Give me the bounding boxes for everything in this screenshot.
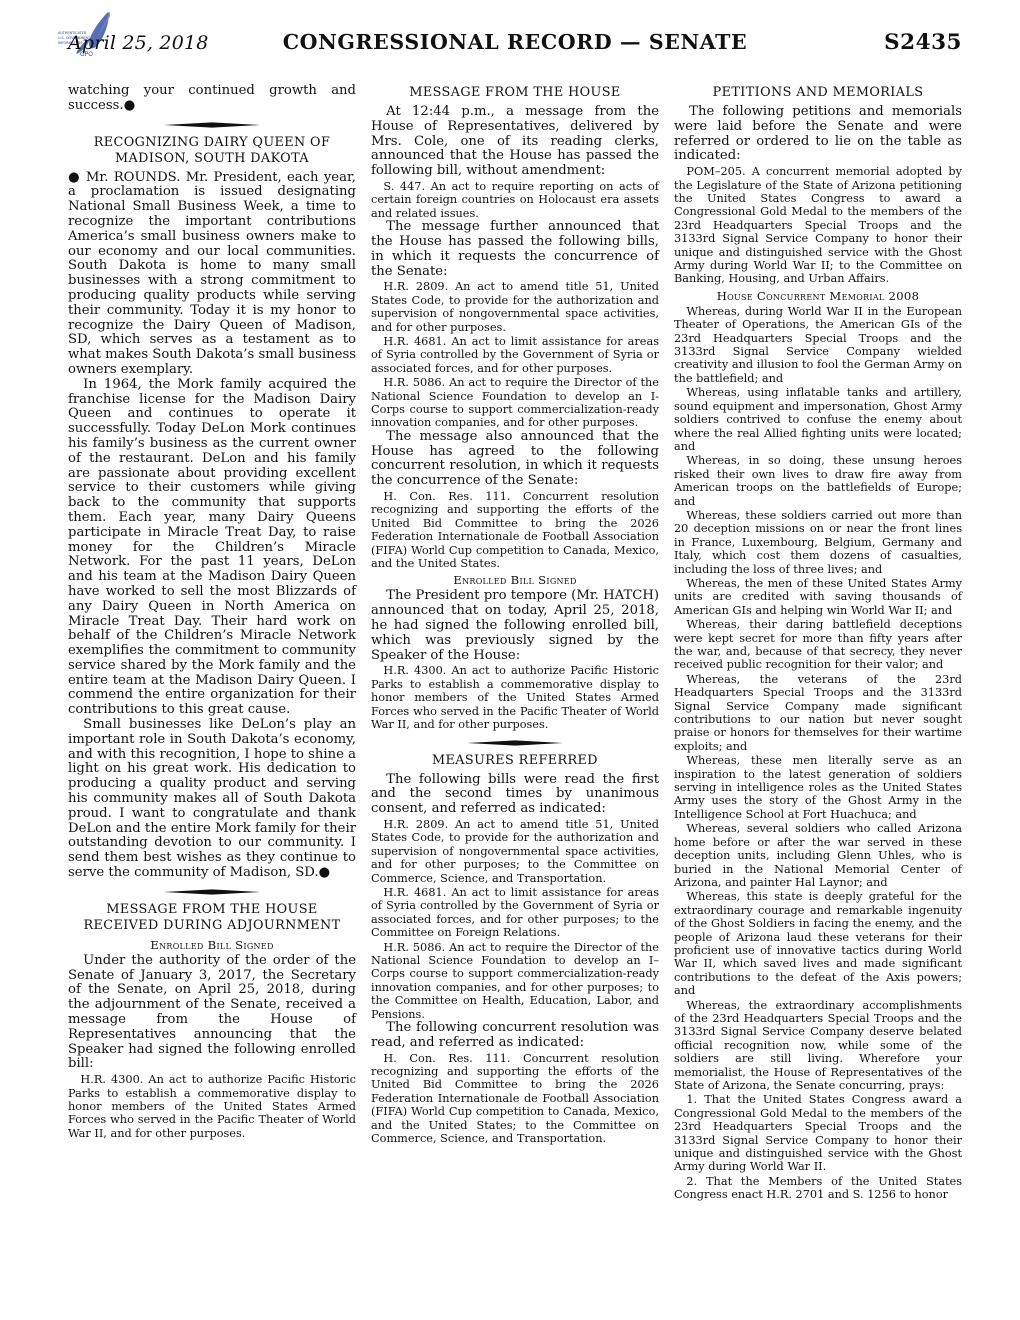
whereas-clause: Whereas, the veterans of the 23rd Headqu… xyxy=(674,673,962,753)
bill-text: H.R. 4681. An act to limit assistance fo… xyxy=(371,335,659,375)
column-left: watching your continued growth and succe… xyxy=(68,84,356,1202)
paragraph: The following concurrent resolution was … xyxy=(371,1021,659,1051)
whereas-clause: Whereas, during World War II in the Euro… xyxy=(674,305,962,385)
column-middle: MESSAGE FROM THE HOUSE At 12:44 p.m., a … xyxy=(371,84,659,1202)
bill-text: H. Con. Res. 111. Concurrent resolution … xyxy=(371,490,659,570)
whereas-clause: Whereas, these men literally serve as an… xyxy=(674,754,962,821)
paragraph: ● Mr. ROUNDS. Mr. President, each year, … xyxy=(68,171,356,378)
masthead-page-number: S2435 xyxy=(884,30,962,55)
whereas-clause: Whereas, this state is deeply grateful f… xyxy=(674,890,962,997)
paragraph: The President pro tempore (Mr. HATCH) an… xyxy=(371,589,659,663)
masthead-title: CONGRESSIONAL RECORD — SENATE xyxy=(68,30,962,54)
whereas-clause: Whereas, the extraordinary accomplishmen… xyxy=(674,999,962,1093)
paragraph: At 12:44 p.m., a message from the House … xyxy=(371,105,659,179)
section-divider-icon xyxy=(164,889,260,895)
paragraph: The message further announced that the H… xyxy=(371,220,659,279)
column-right: PETITIONS AND MEMORIALS The following pe… xyxy=(674,84,962,1202)
whereas-clause: Whereas, several soldiers who called Ari… xyxy=(674,822,962,889)
section-heading: MEASURES REFERRED xyxy=(385,753,645,769)
whereas-clause: Whereas, the men of these United States … xyxy=(674,577,962,617)
whereas-clause: Whereas, these soldiers carried out more… xyxy=(674,509,962,576)
paragraph: In 1964, the Mork family acquired the fr… xyxy=(68,378,356,718)
paragraph: watching your continued growth and succe… xyxy=(68,84,356,114)
section-divider-icon xyxy=(164,122,260,128)
petition-text: POM–205. A concurrent memorial adopted b… xyxy=(674,165,962,286)
paragraph: Under the authority of the order of the … xyxy=(68,954,356,1072)
bill-text: H.R. 5086. An act to require the Directo… xyxy=(371,376,659,430)
bill-text: H.R. 4300. An act to authorize Pacific H… xyxy=(371,664,659,731)
bill-text: H. Con. Res. 111. Concurrent resolution … xyxy=(371,1052,659,1146)
sub-heading: Enrolled Bill Signed xyxy=(68,938,356,952)
whereas-clause: Whereas, in so doing, these unsung heroe… xyxy=(674,454,962,508)
masthead: April 25, 2018 CONGRESSIONAL RECORD — SE… xyxy=(68,30,962,60)
columns-container: watching your continued growth and succe… xyxy=(68,84,962,1202)
whereas-clause: Whereas, using inflatable tanks and arti… xyxy=(674,386,962,453)
section-heading: PETITIONS AND MEMORIALS xyxy=(688,85,948,101)
bill-text: H.R. 2809. An act to amend title 51, Uni… xyxy=(371,818,659,885)
section-divider-icon xyxy=(467,740,563,746)
bill-text: H.R. 5086. An act to require the Directo… xyxy=(371,941,659,1021)
section-heading: MESSAGE FROM THE HOUSE RECEIVED DURING A… xyxy=(82,902,342,934)
bill-text: S. 447. An act to require reporting on a… xyxy=(371,180,659,220)
paragraph: The message also announced that the Hous… xyxy=(371,430,659,489)
paragraph: The following bills were read the first … xyxy=(371,773,659,817)
bill-text: H.R. 2809. An act to amend title 51, Uni… xyxy=(371,280,659,334)
bill-text: H.R. 4300. An act to authorize Pacific H… xyxy=(68,1073,356,1140)
paragraph: The following petitions and memorials we… xyxy=(674,105,962,164)
section-heading: MESSAGE FROM THE HOUSE xyxy=(385,85,645,101)
congressional-record-page: AUTHENTICATED U.S. GOVERNMENT INFORMATIO… xyxy=(0,0,1020,1320)
resolution-clause: 1. That the United States Congress award… xyxy=(674,1093,962,1173)
section-heading: RECOGNIZING DAIRY QUEEN OF MADISON, SOUT… xyxy=(82,135,342,167)
sub-heading: Enrolled Bill Signed xyxy=(371,573,659,587)
paragraph: Small businesses like DeLon’s play an im… xyxy=(68,718,356,881)
bill-text: H.R. 4681. An act to limit assistance fo… xyxy=(371,886,659,940)
sub-heading: House Concurrent Memorial 2008 xyxy=(674,289,962,303)
whereas-clause: Whereas, their daring battlefield decept… xyxy=(674,618,962,672)
resolution-clause: 2. That the Members of the United States… xyxy=(674,1175,962,1202)
